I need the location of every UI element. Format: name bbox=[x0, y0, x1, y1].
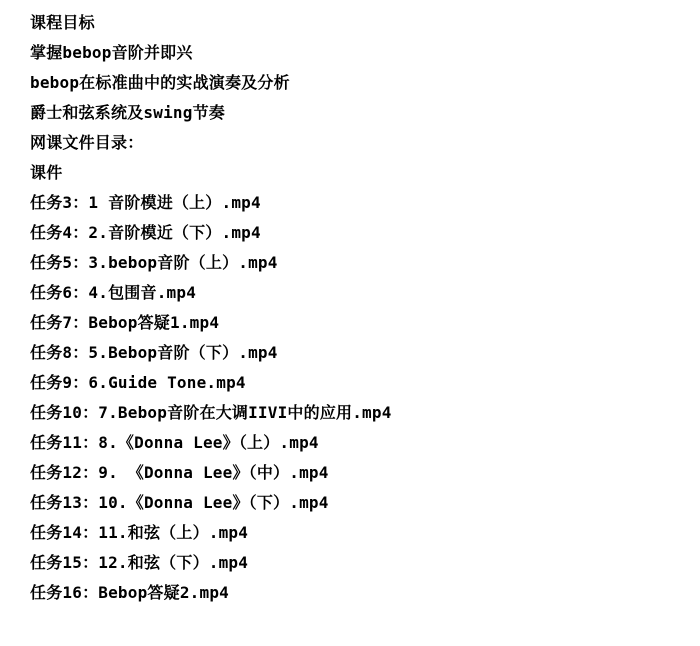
course-goal-item: 爵士和弦系统及swing节奏 bbox=[30, 98, 690, 128]
course-goal-heading: 课程目标 bbox=[30, 8, 690, 38]
task-item: 任务4：2.音阶模近（下）.mp4 bbox=[30, 218, 690, 248]
task-item: 任务16：Bebop答疑2.mp4 bbox=[30, 578, 690, 608]
file-directory-heading: 网课文件目录： bbox=[30, 128, 690, 158]
task-item: 任务5：3.bebop音阶（上）.mp4 bbox=[30, 248, 690, 278]
task-item: 任务15：12.和弦（下）.mp4 bbox=[30, 548, 690, 578]
courseware-heading: 课件 bbox=[30, 158, 690, 188]
task-item: 任务7：Bebop答疑1.mp4 bbox=[30, 308, 690, 338]
course-outline-document: 课程目标 掌握bebop音阶并即兴 bebop在标准曲中的实战演奏及分析 爵士和… bbox=[0, 0, 700, 608]
task-item: 任务14：11.和弦（上）.mp4 bbox=[30, 518, 690, 548]
task-item: 任务3：1 音阶模进（上）.mp4 bbox=[30, 188, 690, 218]
task-item: 任务6：4.包围音.mp4 bbox=[30, 278, 690, 308]
task-item: 任务9：6.Guide Tone.mp4 bbox=[30, 368, 690, 398]
task-item: 任务13：10.《Donna Lee》（下）.mp4 bbox=[30, 488, 690, 518]
course-goal-item: bebop在标准曲中的实战演奏及分析 bbox=[30, 68, 690, 98]
course-goal-item: 掌握bebop音阶并即兴 bbox=[30, 38, 690, 68]
task-item: 任务10：7.Bebop音阶在大调IIVI中的应用.mp4 bbox=[30, 398, 690, 428]
task-item: 任务12：9. 《Donna Lee》（中）.mp4 bbox=[30, 458, 690, 488]
task-item: 任务8：5.Bebop音阶（下）.mp4 bbox=[30, 338, 690, 368]
task-item: 任务11：8.《Donna Lee》（上）.mp4 bbox=[30, 428, 690, 458]
